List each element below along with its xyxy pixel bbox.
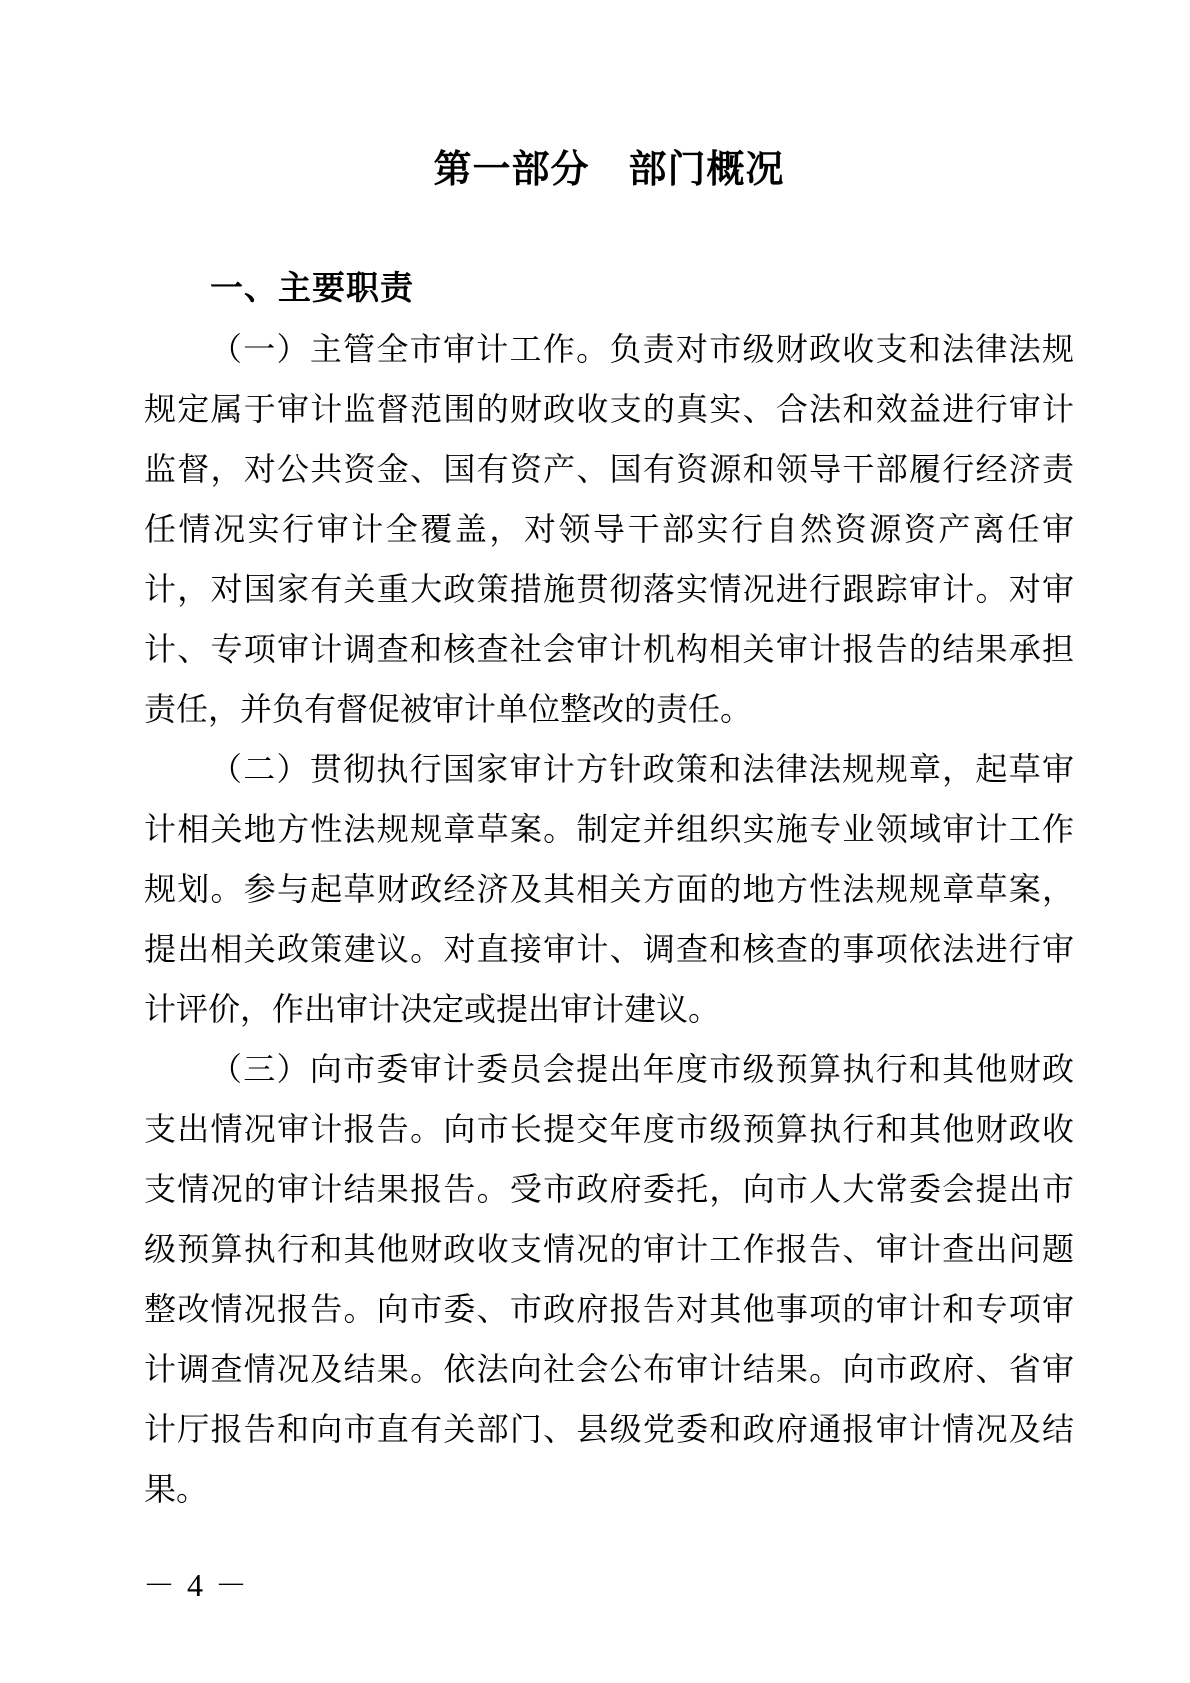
- page-number: － 4 －: [143, 1563, 249, 1607]
- body-line: 计调查情况及结果。依法向社会公布审计结果。向市政府、省审: [144, 1339, 1074, 1399]
- body-line: 规定属于审计监督范围的财政收支的真实、合法和效益进行审计: [144, 379, 1074, 439]
- body-line: 计、专项审计调查和核查社会审计机构相关审计报告的结果承担: [144, 619, 1074, 679]
- body-line: 计评价，作出审计决定或提出审计建议。: [144, 979, 1074, 1039]
- body-line: 任情况实行审计全覆盖，对领导干部实行自然资源资产离任审: [144, 499, 1074, 559]
- body-line: 监督，对公共资金、国有资产、国有资源和领导干部履行经济责: [144, 439, 1074, 499]
- body-line: （三）向市委审计委员会提出年度市级预算执行和其他财政: [144, 1039, 1074, 1099]
- body-line: （一）主管全市审计工作。负责对市级财政收支和法律法规: [144, 319, 1074, 379]
- body-line: 责任，并负有督促被审计单位整改的责任。: [144, 679, 1074, 739]
- section-heading: 一、主要职责: [210, 266, 414, 310]
- body-line: 计相关地方性法规规章草案。制定并组织实施专业领域审计工作: [144, 799, 1074, 859]
- body-line: 支情况的审计结果报告。受市政府委托，向市人大常委会提出市: [144, 1159, 1074, 1219]
- body-line: 支出情况审计报告。向市长提交年度市级预算执行和其他财政收: [144, 1099, 1074, 1159]
- body-line: 级预算执行和其他财政收支情况的审计工作报告、审计查出问题: [144, 1219, 1074, 1279]
- body-line: 提出相关政策建议。对直接审计、调查和核查的事项依法进行审: [144, 919, 1074, 979]
- body-line: 规划。参与起草财政经济及其相关方面的地方性法规规章草案，: [144, 859, 1074, 919]
- body-text: （一）主管全市审计工作。负责对市级财政收支和法律法规 规定属于审计监督范围的财政…: [144, 319, 1074, 1519]
- body-line: 整改情况报告。向市委、市政府报告对其他事项的审计和专项审: [144, 1279, 1074, 1339]
- body-line: 计，对国家有关重大政策措施贯彻落实情况进行跟踪审计。对审: [144, 559, 1074, 619]
- document-page: 第一部分 部门概况 一、主要职责 （一）主管全市审计工作。负责对市级财政收支和法…: [0, 0, 1190, 1683]
- body-line: 计厅报告和向市直有关部门、县级党委和政府通报审计情况及结: [144, 1399, 1074, 1459]
- body-line: （二）贯彻执行国家审计方针政策和法律法规规章，起草审: [144, 739, 1074, 799]
- body-line: 果。: [144, 1459, 1074, 1519]
- page-title: 第一部分 部门概况: [144, 146, 1074, 194]
